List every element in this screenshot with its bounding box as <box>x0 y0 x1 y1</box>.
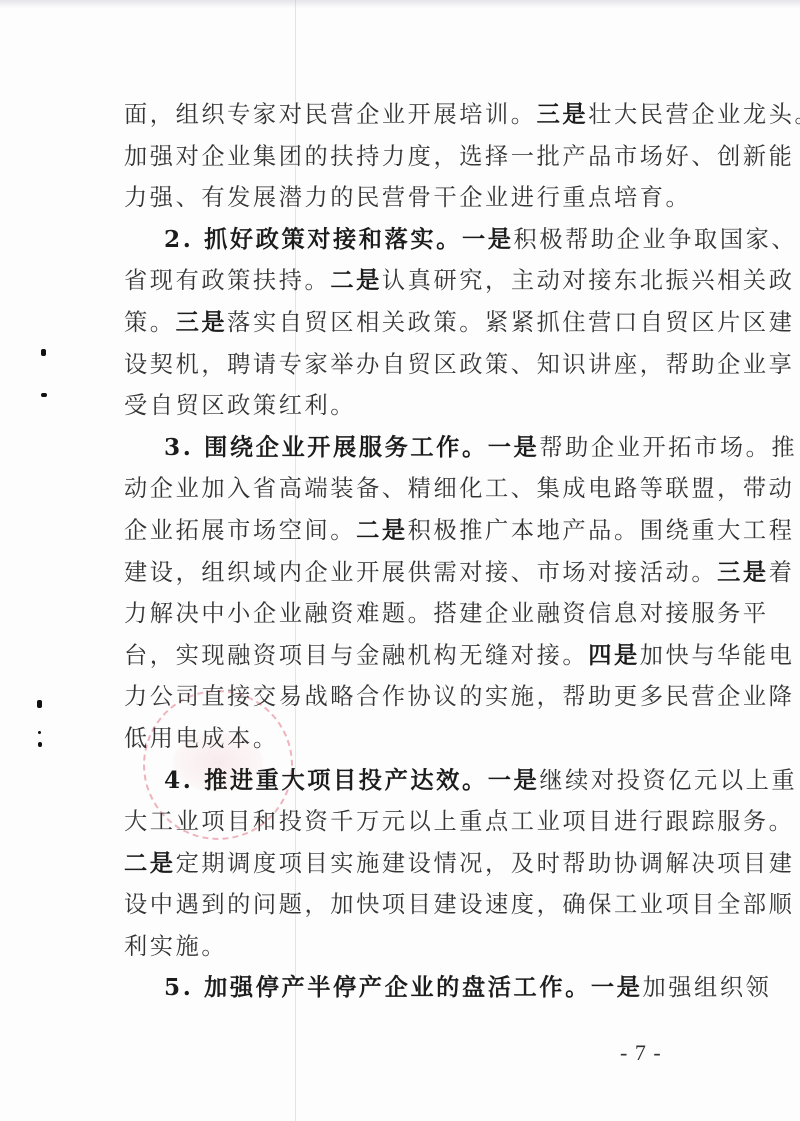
text-run: 帮助企业开拓市场。推 <box>539 434 797 461</box>
paragraph-heading-line: 4. 推进重大项目投产达效。一是继续对投资亿元以上重 <box>124 760 690 802</box>
text-run: 力公司直接交易战略合作协议的实施，帮助更多民营企业降 <box>124 683 794 710</box>
text-line: 受自贸区政策红利。 <box>124 385 690 427</box>
scan-top-edge <box>0 0 800 8</box>
bold-phrase: 5. 加强停产半停产企业的盘活工作。一是 <box>164 974 642 1001</box>
text-run: 低用电成本。 <box>124 725 279 752</box>
text-run: 落实自贸区相关政策。紧紧抓住营口自贸区片区建 <box>227 309 794 336</box>
text-run: 定期调度项目实施建设情况，及时帮助协调解决项目建 <box>176 850 795 877</box>
bold-phrase: 3. 围绕企业开展服务工作。一是 <box>164 434 539 461</box>
text-line: 建设，组织域内企业开展供需对接、市场对接活动。三是着 <box>124 552 690 594</box>
page-number: - 7 - <box>620 1040 662 1066</box>
text-run: 壮大民营企业龙头。 <box>588 101 800 128</box>
text-run: 加强组织领 <box>642 974 771 1001</box>
text-run: 动企业加入省高端装备、精细化工、集成电路等联盟，带动 <box>124 475 794 502</box>
text-line: 设中遇到的问题，加快项目建设速度，确保工业项目全部顺 <box>124 884 690 926</box>
text-run: 受自贸区政策红利。 <box>124 392 356 419</box>
text-line: 企业拓展市场空间。二是积极推广本地产品。围绕重大工程 <box>124 510 690 552</box>
text-run: 省现有政策扶持。 <box>124 267 330 294</box>
text-line: 台，实现融资项目与金融机构无缝对接。四是加快与华能电 <box>124 635 690 677</box>
document-page: 面，组织专家对民营企业开展培训。三是壮大民营企业龙头。加强对企业集团的扶持力度，… <box>0 0 800 1121</box>
text-run: 认真研究，主动对接东北振兴相关政 <box>382 267 795 294</box>
binding-hole-mark <box>38 742 42 747</box>
text-line: 大工业项目和投资千万元以上重点工业项目进行跟踪服务。 <box>124 801 690 843</box>
text-line: 利实施。 <box>124 926 690 968</box>
bold-phrase: 二是 <box>330 267 382 294</box>
bold-phrase: 2. 抓好政策对接和落实。一是 <box>164 226 514 253</box>
text-line: 二是定期调度项目实施建设情况，及时帮助协调解决项目建 <box>124 843 690 885</box>
bold-phrase: 二是 <box>356 517 408 544</box>
paragraph-heading-line: 2. 抓好政策对接和落实。一是积极帮助企业争取国家、 <box>124 219 690 261</box>
text-run: 设中遇到的问题，加快项目建设速度，确保工业项目全部顺 <box>124 891 794 918</box>
text-run: 设契机，聘请专家举办自贸区政策、知识讲座，帮助企业享 <box>124 351 794 378</box>
bold-phrase: 4. 推进重大项目投产达效。一是 <box>164 767 539 794</box>
text-run: 台，实现融资项目与金融机构无缝对接。 <box>124 642 588 669</box>
paragraph-heading-line: 3. 围绕企业开展服务工作。一是帮助企业开拓市场。推 <box>124 427 690 469</box>
text-run: 积极帮助企业争取国家、 <box>514 226 798 253</box>
document-body: 面，组织专家对民营企业开展培训。三是壮大民营企业龙头。加强对企业集团的扶持力度，… <box>124 94 690 1009</box>
text-line: 力公司直接交易战略合作协议的实施，帮助更多民营企业降 <box>124 676 690 718</box>
text-run: 积极推广本地产品。围绕重大工程 <box>408 517 795 544</box>
binding-hole-mark <box>41 349 46 356</box>
paragraph-heading-line: 5. 加强停产半停产企业的盘活工作。一是加强组织领 <box>124 967 690 1009</box>
binding-hole-mark <box>37 700 42 708</box>
text-line: 力强、有发展潜力的民营骨干企业进行重点培育。 <box>124 177 690 219</box>
text-run: 建设，组织域内企业开展供需对接、市场对接活动。 <box>124 559 717 586</box>
binding-hole-mark <box>38 731 41 734</box>
text-line: 省现有政策扶持。二是认真研究，主动对接东北振兴相关政 <box>124 260 690 302</box>
text-run: 面，组织专家对民营企业开展培训。 <box>124 101 537 128</box>
text-line: 动企业加入省高端装备、精细化工、集成电路等联盟，带动 <box>124 468 690 510</box>
text-line: 力解决中小企业融资难题。搭建企业融资信息对接服务平 <box>124 593 690 635</box>
text-run: 力强、有发展潜力的民营骨干企业进行重点培育。 <box>124 184 691 211</box>
bold-phrase: 四是 <box>588 642 640 669</box>
bold-phrase: 三是 <box>176 309 228 336</box>
text-run: 加强对企业集团的扶持力度，选择一批产品市场好、创新能 <box>124 143 794 170</box>
text-run: 继续对投资亿元以上重 <box>539 767 797 794</box>
binding-hole-mark <box>41 393 47 397</box>
text-line: 低用电成本。 <box>124 718 690 760</box>
text-run: 策。 <box>124 309 176 336</box>
bold-phrase: 二是 <box>124 850 176 877</box>
text-line: 策。三是落实自贸区相关政策。紧紧抓住营口自贸区片区建 <box>124 302 690 344</box>
text-run: 利实施。 <box>124 933 227 960</box>
bold-phrase: 三是 <box>537 101 589 128</box>
bold-phrase: 三是 <box>717 559 769 586</box>
text-line: 面，组织专家对民营企业开展培训。三是壮大民营企业龙头。 <box>124 94 690 136</box>
text-run: 大工业项目和投资千万元以上重点工业项目进行跟踪服务。 <box>124 808 794 835</box>
text-run: 着 <box>769 559 795 586</box>
text-line: 设契机，聘请专家举办自贸区政策、知识讲座，帮助企业享 <box>124 344 690 386</box>
text-run: 力解决中小企业融资难题。搭建企业融资信息对接服务平 <box>124 600 769 627</box>
text-run: 企业拓展市场空间。 <box>124 517 356 544</box>
text-run: 加快与华能电 <box>640 642 795 669</box>
text-line: 加强对企业集团的扶持力度，选择一批产品市场好、创新能 <box>124 136 690 178</box>
